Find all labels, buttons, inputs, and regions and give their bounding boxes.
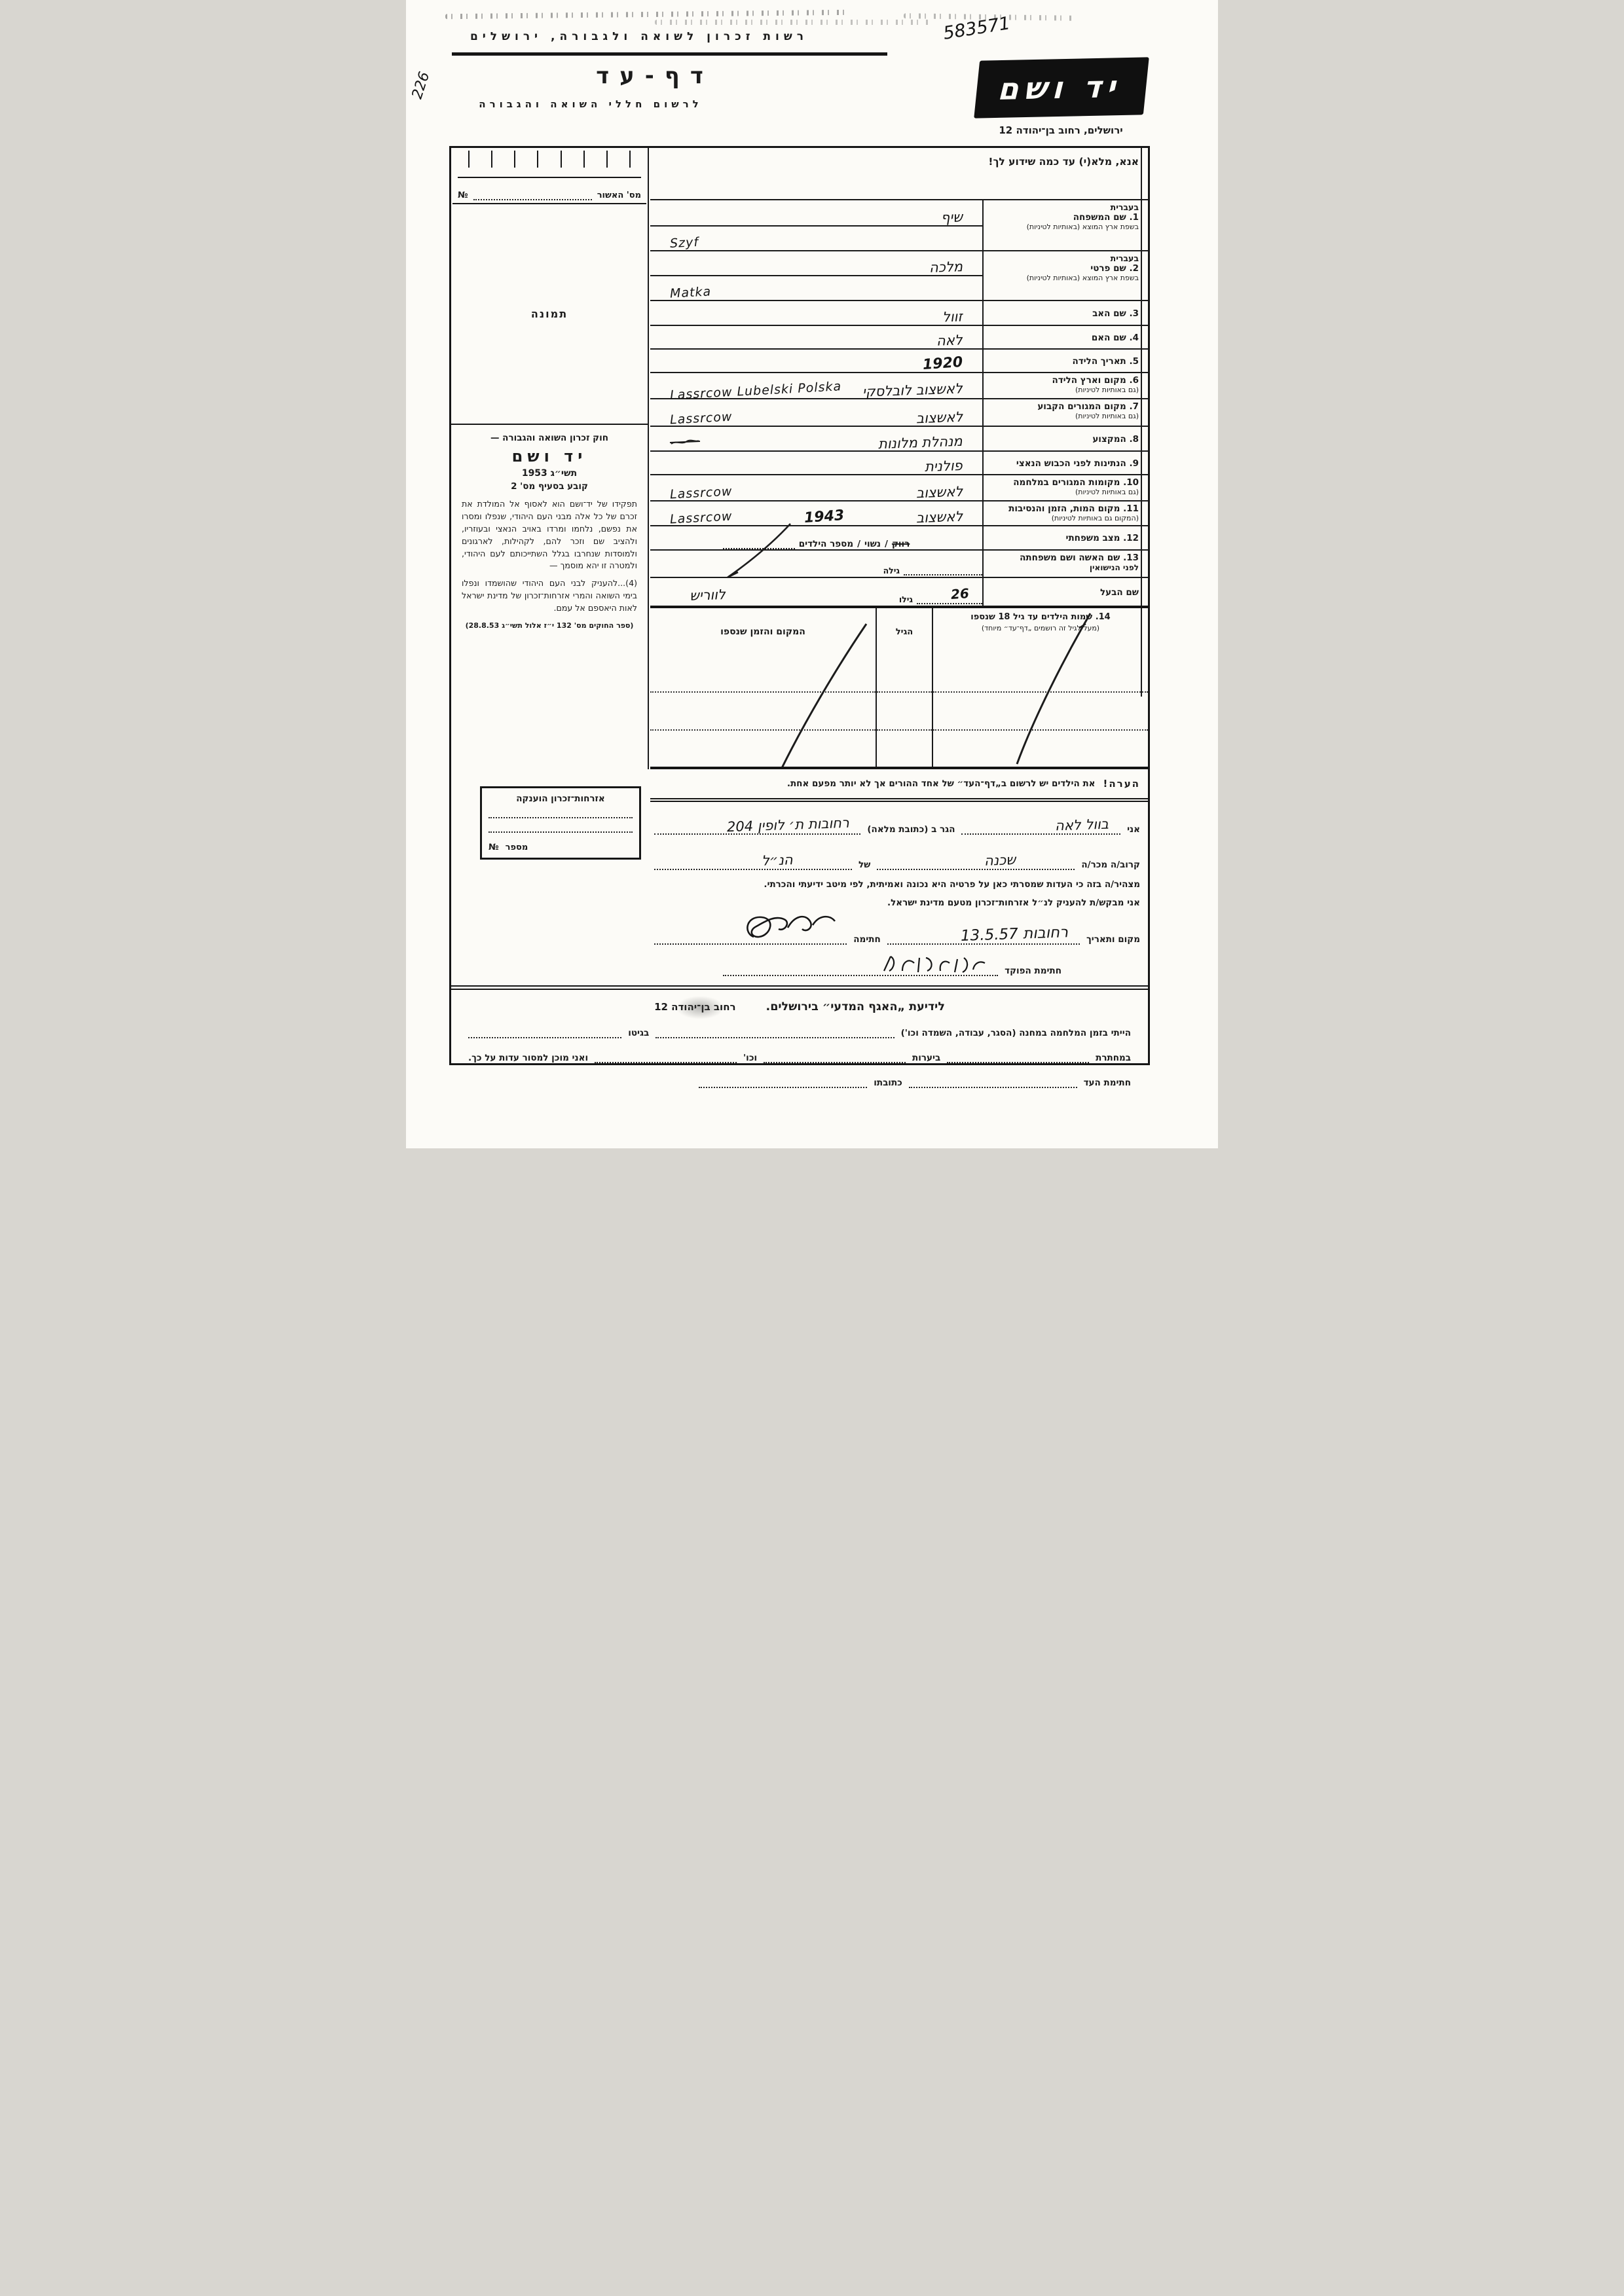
field-profession: 8. המקצוע מנהלת מלונות — [650, 427, 1148, 452]
declaration-text: מצהיר/ה בזה כי העדות שמסרתי כאן על פרטיה… — [654, 879, 1140, 890]
field-father-name: 3. שם האב זוול — [650, 301, 1148, 326]
separator: / — [857, 539, 860, 549]
hw-declarant-name: בוול לאה — [1055, 816, 1109, 834]
etc-blank — [595, 1053, 737, 1063]
field11-number: 11. — [1123, 503, 1139, 514]
field-mother-name: 4. שם האם לאה — [650, 326, 1148, 350]
approval-number-row: מס' האשור № — [452, 178, 646, 204]
hw-residence-latin: Lassrcow — [669, 410, 732, 428]
field4-number: 4. — [1129, 333, 1139, 343]
law-clause: (4)...להעניק לבני העם היהודי שהושמדו ונפ… — [462, 577, 637, 615]
field2-label: שם פרטי — [1090, 263, 1126, 274]
grant-title: אזרחות־זכרון הוענקה — [489, 793, 633, 804]
law-title: חוק זכרון השואה והגבורה — — [462, 433, 637, 443]
place-date-label: מקום ותאריך — [1086, 934, 1140, 945]
bottom-address: רחוב בן־יהודה 12 — [654, 1001, 735, 1013]
hw-birth-year: 1920 — [922, 354, 963, 373]
field9-number: 9. — [1129, 458, 1139, 469]
field13-label2: לפני הנישואין — [987, 563, 1139, 572]
law-paragraph: תפקידו של יד־ושם הוא לאסוף אל המולדת את … — [462, 498, 637, 572]
hw-husband-name: לווריש — [690, 587, 726, 604]
wife-age-label: גילה — [883, 566, 900, 575]
declaration-block: אני בוול לאה הגר ב (כתובת מלאה) רחובות ת… — [650, 802, 1148, 976]
hw-wartime-residence-hebrew: לאשצוב — [915, 484, 963, 501]
field13-label: שם האשה ושם משפחתה — [1020, 553, 1120, 563]
hw-family-name-hebrew: שיף — [941, 209, 963, 225]
field-first-name: בעברית 2. שם פרטי בשפת ארץ המוצא (באותיו… — [650, 251, 1148, 301]
field-citizenship: 9. הנתינות לפני הכבוש הנאצי פולנית — [650, 452, 1148, 475]
address-blank: רחובות ת׳ לופין 204 — [654, 823, 860, 835]
witness-signature-line: חתימת העד כתובתו — [468, 1078, 1131, 1088]
field-marital-status: 12. מצב משפחתי רווק / נשוי / מספר הילדים — [650, 526, 1148, 551]
crossed-out-word — [670, 437, 700, 448]
form-box: מס' האשור № תמונה חוק זכרון השואה והגבור… — [449, 146, 1150, 1065]
place-column-header: המקום והזמן שנספו — [720, 627, 805, 637]
address-label: הגר ב (כתובת מלאה) — [867, 824, 955, 835]
signature-blank — [654, 933, 847, 945]
hw-wartime-residence-latin: Lassrcow — [669, 484, 732, 502]
field6-number: 6. — [1129, 375, 1139, 386]
witness-signature-label: חתימת העד — [1084, 1078, 1131, 1088]
testimony-page: 583571 226 רשות זכרון לשואה ולגבורה, ירו… — [406, 0, 1218, 1148]
approval-number-label: מס' האשור — [597, 191, 641, 200]
field6-label: מקום וארץ הלידה — [1052, 375, 1126, 386]
forests-label: ביערות — [912, 1053, 940, 1063]
law-text-block: חוק זכרון השואה והגבורה — יד ושם תשי״ג 1… — [451, 425, 648, 630]
field8-number: 8. — [1129, 434, 1139, 445]
field1-sublabel: בשפת ארץ המוצא (באותיות לטיניות) — [987, 223, 1139, 231]
photo-placeholder: תמונה — [451, 204, 648, 425]
place-date-blank: רחובות 13.5.57 — [887, 933, 1080, 945]
field3-label: שם האב — [1092, 308, 1126, 319]
authority-title: רשות זכרון לשואה ולגבורה, ירושלים — [453, 30, 825, 43]
field-wife-name: 13. שם האשה ושם משפחתה לפני הנישואין גיל… — [650, 551, 1148, 578]
field10-number: 10. — [1123, 477, 1139, 488]
option-married: נשוי — [864, 539, 881, 549]
field9-label: הנתינות לפני הכבוש הנאצי — [1016, 458, 1126, 469]
wife-age-blank — [904, 566, 982, 575]
children-age-row — [877, 693, 932, 730]
willing-testify-label: ואני מוכן למסור עדות על כך. — [468, 1053, 588, 1063]
field7-label: מקום המגורים הקבוע — [1037, 401, 1126, 412]
field-birth-date: 5. תאריך הלידה 1920 — [650, 350, 1148, 373]
age-column-header: הגיל — [896, 627, 913, 637]
children-place-row — [650, 731, 876, 767]
children-name-row — [933, 655, 1148, 693]
hw-death-year: 1943 — [803, 507, 845, 526]
clerk-signature-blank — [723, 964, 998, 976]
field12-label: מצב משפחתי — [1065, 533, 1120, 543]
field1-lang-label: בעברית — [987, 202, 1139, 212]
witness-signature-scribble — [742, 911, 840, 945]
field-husband-name: שם הבעל 26 גילו לווריש — [650, 578, 1148, 606]
field14-sublabel: (מעל לגיל זה רושמים „דף־עד״ מיוחד) — [938, 624, 1143, 632]
hw-death-place-hebrew: לאשצוב — [915, 509, 963, 526]
ghetto-blank — [468, 1028, 621, 1038]
children-age-row — [877, 655, 932, 693]
field7-number: 7. — [1129, 401, 1139, 412]
bottom-title: לידיעת „האגף המדעי״ בירושלים. — [766, 1000, 945, 1013]
witness-address-label: כתובתו — [874, 1078, 902, 1088]
declarant-name-blank: בוול לאה — [961, 823, 1120, 835]
camp-label: הייתי בזמן המלחמה במחנה (הסגר, עבודה, הש… — [901, 1028, 1131, 1038]
form-fields: אנא, מלא(י) עד כמה שידוע לך! בעברית 1. ש… — [650, 148, 1148, 976]
law-section: קובע בסעיף מס' 2 — [462, 481, 637, 492]
relation-blank: שכנה — [877, 858, 1075, 870]
hw-citizenship: פולנית — [925, 458, 963, 475]
relation-label: קרוב/ה מכר/ה — [1081, 860, 1140, 870]
field2-lang-label: בעברית — [987, 253, 1139, 263]
numero-symbol: № — [489, 843, 499, 852]
logo-address: ירושלים, רחוב בן־יהודה 12 — [969, 124, 1153, 136]
logo-text: יד ושם — [996, 69, 1128, 107]
forests-blank — [764, 1053, 906, 1063]
law-logo-text: יד ושם — [462, 447, 637, 465]
field1-label: שם המשפחה — [1073, 212, 1126, 223]
scan-noise — [655, 20, 930, 25]
memorial-citizenship-box: אזרחות־זכרון הוענקה מספר № — [480, 786, 641, 860]
hw-mother-name: לאה — [936, 332, 963, 348]
grant-blank-line — [489, 818, 633, 833]
scan-noise — [445, 10, 851, 19]
field11-label: מקום המות, הזמן והנסיבות — [1008, 503, 1120, 514]
etc-label: וכו' — [743, 1053, 757, 1063]
form-title: דף-עד — [537, 63, 773, 89]
note-text: את הילדים יש לרשום ב„דף־העד״ של אחד ההור… — [787, 778, 1096, 789]
numero-symbol: № — [458, 191, 468, 200]
hw-family-name-latin: Szyf — [669, 235, 699, 251]
field8-label: המקצוע — [1092, 434, 1126, 445]
ink-smudge — [676, 996, 724, 1019]
children-names-column: 14. שמות הילדים עד גיל 18 שנספו (מעל לגי… — [932, 608, 1148, 767]
title-underline — [452, 52, 887, 56]
instruction-row: אנא, מלא(י) עד כמה שידוע לך! — [650, 148, 1148, 200]
instruction-text: אנא, מלא(י) עד כמה שידוע לך! — [988, 156, 1139, 168]
field6-sublabel: (גם באותיות לטיניות) — [987, 386, 1139, 394]
yad-vashem-logo: יד ושם — [974, 57, 1149, 118]
photo-label: תמונה — [531, 308, 568, 320]
law-source: (ספר החוקים מס' 132 י״ז אלול תשי״ג 28.8.… — [462, 621, 637, 630]
hw-husband-age: 26 — [950, 585, 969, 602]
witness-address-blank — [699, 1078, 867, 1088]
left-column: מס' האשור № תמונה חוק זכרון השואה והגבור… — [451, 148, 649, 769]
underground-label: במחתרת — [1096, 1053, 1131, 1063]
husband-age-label: גילו — [899, 594, 913, 604]
scientific-branch-section: לידיעת „האגף המדעי״ בירושלים. רחוב בן־יה… — [451, 985, 1148, 1088]
ghetto-label: בגיטו — [628, 1028, 649, 1038]
hw-birth-place-hebrew: לאשצוב לובלסקי — [862, 380, 963, 399]
of-label: של — [858, 860, 870, 870]
field14-number: 14. — [1096, 612, 1111, 622]
field5-number: 5. — [1129, 356, 1139, 367]
hw-declarant-address: רחובות ת׳ לופין 204 — [726, 815, 849, 835]
field10-sublabel: (גם באותיות לטיניות) — [987, 488, 1139, 496]
husband-age-blank: 26 — [917, 595, 982, 604]
field3-number: 3. — [1129, 308, 1139, 319]
request-text: אני מבקש/ת להעניק לנ״ל אזרחות־זכרון מטעם… — [654, 898, 1140, 908]
children-name-row — [933, 731, 1148, 767]
children-table: 14. שמות הילדים עד גיל 18 שנספו (מעל לגי… — [650, 606, 1148, 769]
note-row: הערה! את הילדים יש לרשום ב„דף־העד״ של אח… — [650, 769, 1148, 802]
option-single: רווק — [892, 539, 910, 549]
children-place-column: המקום והזמן שנספו — [650, 608, 876, 767]
hw-first-name-hebrew: מלכה — [929, 259, 963, 276]
signature-label: חתימה — [853, 934, 881, 945]
field2-sublabel: בשפת ארץ המוצא (באותיות לטיניות) — [987, 274, 1139, 282]
field12-number: 12. — [1123, 533, 1139, 543]
grant-blank-line — [489, 804, 633, 818]
children-place-row — [650, 693, 876, 730]
field4-label: שם האם — [1092, 333, 1126, 343]
handwritten-margin-number: 226 — [409, 70, 434, 101]
children-place-row — [650, 655, 876, 693]
witness-signature-blank — [909, 1078, 1077, 1088]
field13-number: 13. — [1123, 553, 1139, 563]
field5-label: תאריך הלידה — [1072, 356, 1126, 367]
children-age-column: הגיל — [876, 608, 932, 767]
form-subtitle: לרשום חללי השואה והגבורה — [453, 98, 728, 110]
declarant-label: אני — [1127, 824, 1140, 835]
children-name-row — [933, 693, 1148, 730]
husband-label: שם הבעל — [1100, 587, 1139, 598]
children-age-row — [877, 731, 932, 767]
option-children-count: מספר הילדים — [799, 539, 853, 549]
clerk-signature-label: חתימת הפוקד — [1005, 966, 1061, 976]
camp-blank — [655, 1028, 894, 1038]
of-blank: הנ״ל — [654, 858, 852, 870]
approval-number-blank — [473, 190, 592, 200]
separator: / — [885, 539, 888, 549]
hw-relation: שכנה — [984, 852, 1016, 869]
hw-residence-hebrew: לאשצוב — [915, 409, 963, 426]
number-tick-strip — [458, 151, 641, 178]
field-birth-place: 6. מקום וארץ הלידה (גם באותיות לטיניות) … — [650, 373, 1148, 399]
field10-label: מקומות המגורים במלחמה — [1013, 477, 1120, 488]
field-wartime-residence: 10. מקומות המגורים במלחמה (גם באותיות לט… — [650, 475, 1148, 501]
hw-place-date: רחובות 13.5.57 — [960, 924, 1068, 945]
note-label: הערה! — [1103, 778, 1140, 790]
field-permanent-residence: 7. מקום המגורים הקבוע (גם באותיות לטיניו… — [650, 399, 1148, 427]
hw-profession: מנהלת מלונות — [878, 433, 963, 452]
grant-number-label: מספר — [506, 843, 528, 852]
hw-of-whom: הנ״ל — [761, 852, 792, 869]
hw-father-name: זוול — [942, 308, 963, 325]
underground-forests-line: במחתרת ביערות וכו' ואני מוכן למסור עדות … — [468, 1053, 1131, 1063]
field7-sublabel: (גם באותיות לטיניות) — [987, 412, 1139, 420]
hw-first-name-latin: Matka — [669, 284, 711, 301]
field14-label: שמות הילדים עד גיל 18 שנספו — [970, 612, 1092, 622]
clerk-signature-scribble — [880, 953, 991, 976]
camp-ghetto-line: הייתי בזמן המלחמה במחנה (הסגר, עבודה, הש… — [468, 1028, 1131, 1038]
field11-sublabel: (המקום גם באותיות לטיניות) — [987, 514, 1139, 522]
field1-number: 1. — [1129, 212, 1139, 223]
field-family-name: בעברית 1. שם המשפחה בשפת ארץ המוצא (באות… — [650, 200, 1148, 251]
underground-blank — [947, 1053, 1089, 1063]
field2-number: 2. — [1129, 263, 1139, 274]
law-year: תשי״ג 1953 — [462, 468, 637, 479]
